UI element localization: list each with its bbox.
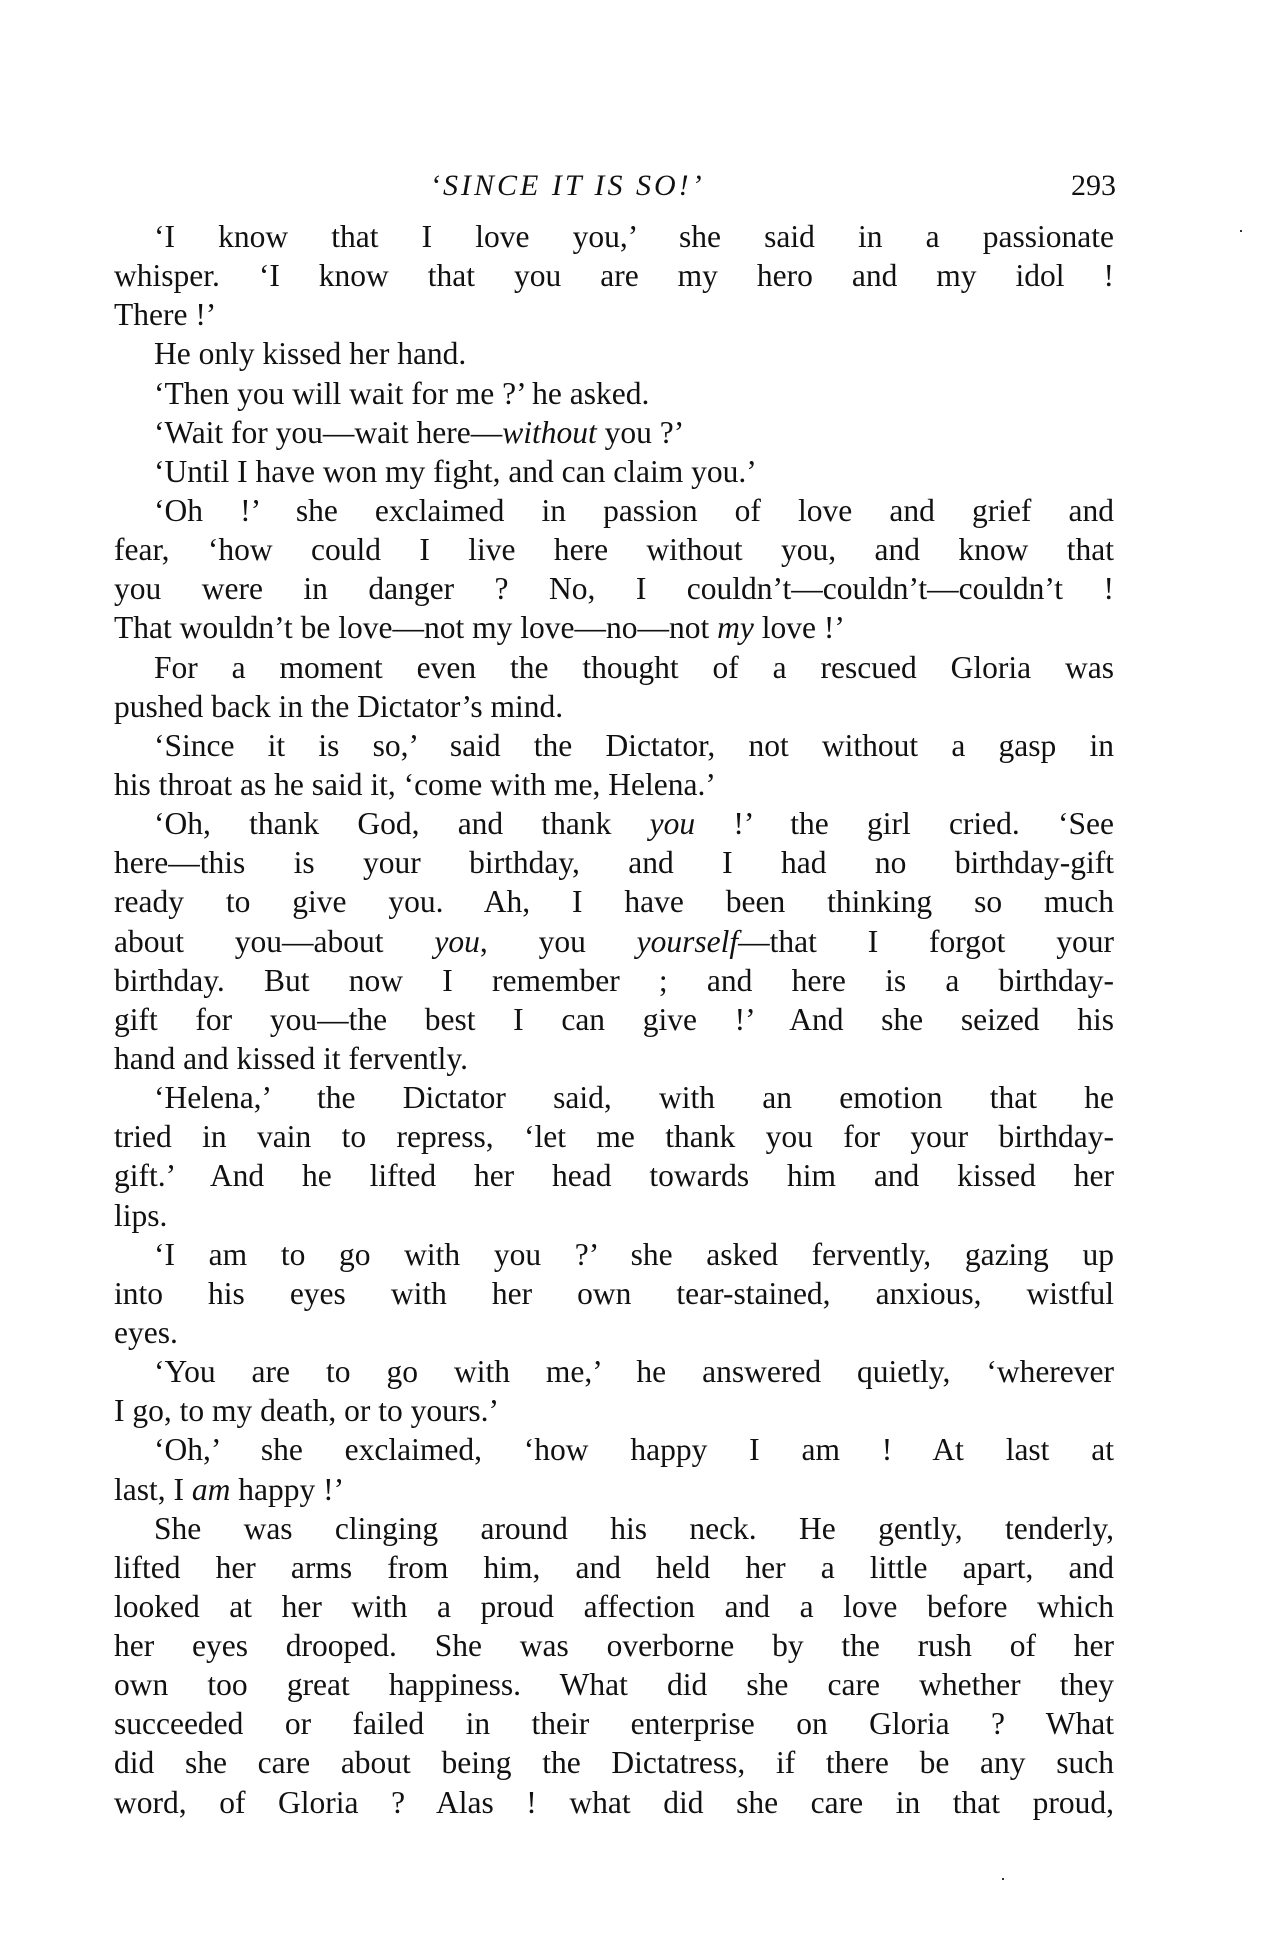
text-run: you were in danger ? No, I couldn’t—coul… (114, 571, 1114, 606)
text-line-content: gift for you—the best I can give !’ And … (114, 1000, 1114, 1039)
text-line: about you—about you, you yourself—that I… (114, 922, 1114, 961)
text-line-content: fear, ‘how could I live here without you… (114, 530, 1114, 569)
text-line-content: ‘You are to go with me,’ he answered qui… (154, 1352, 1114, 1391)
text-line: lips. (114, 1196, 1114, 1235)
text-run: ready to give you. Ah, I have been think… (114, 884, 1114, 919)
text-run: That wouldn’t be love—not my love—no—not (114, 610, 717, 645)
text-line-content: ‘Oh !’ she exclaimed in passion of love … (154, 491, 1114, 530)
text-line-content: did she care about being the Dictatress,… (114, 1743, 1114, 1782)
text-line-content: eyes. (114, 1313, 1114, 1352)
text-line: That wouldn’t be love—not my love—no—not… (114, 608, 1114, 647)
text-run: She was clinging around his neck. He gen… (154, 1511, 1114, 1546)
text-line-content: lifted her arms from him, and held her a… (114, 1548, 1114, 1587)
text-line: into his eyes with her own tear-stained,… (114, 1274, 1114, 1313)
text-line-content: ‘Oh, thank God, and thank you !’ the gir… (154, 804, 1114, 843)
text-line: gift for you—the best I can give !’ And … (114, 1000, 1114, 1039)
text-run: last, I (114, 1472, 192, 1507)
text-line: birthday. But now I remember ; and here … (114, 961, 1114, 1000)
text-line: He only kissed her hand. (114, 334, 1114, 373)
text-run: ‘I am to go with you ?’ she asked ferven… (154, 1237, 1114, 1272)
text-run: looked at her with a proud affection and… (114, 1589, 1114, 1624)
text-line: ‘Oh,’ she exclaimed, ‘how happy I am ! A… (114, 1430, 1114, 1469)
text-line: ‘I know that I love you,’ she said in a … (114, 217, 1114, 256)
body-text: ‘I know that I love you,’ she said in a … (114, 217, 1114, 1822)
text-line: hand and kissed it fervently. (114, 1039, 1114, 1078)
text-line: whisper. ‘I know that you are my hero an… (114, 256, 1114, 295)
text-run: word, of Gloria ? Alas ! what did she ca… (114, 1785, 1114, 1820)
italic-text: am (192, 1472, 231, 1507)
italic-text: yourself (637, 924, 738, 959)
text-line-content: own too great happiness. What did she ca… (114, 1665, 1114, 1704)
text-line-content: ‘I know that I love you,’ she said in a … (154, 217, 1114, 256)
text-line-content: I go, to my death, or to yours.’ (114, 1391, 1114, 1430)
text-line: ready to give you. Ah, I have been think… (114, 882, 1114, 921)
text-line-content: lips. (114, 1196, 1114, 1235)
text-line-content: pushed back in the Dictator’s mind. (114, 687, 1114, 726)
italic-text: you (650, 806, 695, 841)
text-line-content: last, I am happy !’ (114, 1470, 1114, 1509)
text-run: into his eyes with her own tear-stained,… (114, 1276, 1114, 1311)
text-line-content: his throat as he said it, ‘come with me,… (114, 765, 1114, 804)
text-run: happy !’ (230, 1472, 344, 1507)
text-run: ‘Since it is so,’ said the Dictator, not… (154, 728, 1114, 763)
text-run: ‘Oh, thank God, and thank (154, 806, 650, 841)
text-line-content: ‘Wait for you—wait here—without you ?’ (154, 413, 1114, 452)
text-line-content: For a moment even the thought of a rescu… (154, 648, 1114, 687)
text-line-content: ‘Oh,’ she exclaimed, ‘how happy I am ! A… (154, 1430, 1114, 1469)
text-run: love !’ (754, 610, 845, 645)
text-line: you were in danger ? No, I couldn’t—coul… (114, 569, 1114, 608)
text-run: , you (480, 924, 637, 959)
text-run: gift for you—the best I can give !’ And … (114, 1002, 1114, 1037)
text-line: ‘Since it is so,’ said the Dictator, not… (114, 726, 1114, 765)
text-line: looked at her with a proud affection and… (114, 1587, 1114, 1626)
text-line-content: looked at her with a proud affection and… (114, 1587, 1114, 1626)
text-line: fear, ‘how could I live here without you… (114, 530, 1114, 569)
text-line: his throat as he said it, ‘come with me,… (114, 765, 1114, 804)
text-line-content: her eyes drooped. She was overborne by t… (114, 1626, 1114, 1665)
text-line: gift.’ And he lifted her head towards hi… (114, 1156, 1114, 1195)
text-line-content: succeeded or failed in their enterprise … (114, 1704, 1114, 1743)
text-run: about you—about (114, 924, 434, 959)
scan-speck (1002, 1878, 1004, 1880)
italic-text: you (434, 924, 479, 959)
text-run: fear, ‘how could I live here without you… (114, 532, 1114, 567)
text-line: For a moment even the thought of a rescu… (114, 648, 1114, 687)
text-line: I go, to my death, or to yours.’ (114, 1391, 1114, 1430)
text-run: succeeded or failed in their enterprise … (114, 1706, 1114, 1741)
text-run: ‘Then you will wait for me ?’ he asked. (154, 376, 649, 411)
text-run: did she care about being the Dictatress,… (114, 1745, 1114, 1780)
text-run: lips. (114, 1198, 167, 1233)
text-line: ‘You are to go with me,’ he answered qui… (114, 1352, 1114, 1391)
text-line: last, I am happy !’ (114, 1470, 1114, 1509)
text-line-content: ‘I am to go with you ?’ she asked ferven… (154, 1235, 1114, 1274)
text-line-content: hand and kissed it fervently. (114, 1039, 1114, 1078)
text-run: pushed back in the Dictator’s mind. (114, 689, 563, 724)
text-run: There !’ (114, 297, 216, 332)
text-line: ‘Helena,’ the Dictator said, with an emo… (114, 1078, 1114, 1117)
text-line: ‘I am to go with you ?’ she asked ferven… (114, 1235, 1114, 1274)
text-line-content: ‘Then you will wait for me ?’ he asked. (154, 374, 1114, 413)
text-run: ‘Helena,’ the Dictator said, with an emo… (154, 1080, 1114, 1115)
text-line-content: ‘Helena,’ the Dictator said, with an emo… (154, 1078, 1114, 1117)
text-run: whisper. ‘I know that you are my hero an… (114, 258, 1114, 293)
italic-text: my (717, 610, 754, 645)
text-line-content: word, of Gloria ? Alas ! what did she ca… (114, 1783, 1114, 1822)
text-run: ‘Oh !’ she exclaimed in passion of love … (154, 493, 1114, 528)
text-line-content: about you—about you, you yourself—that I… (114, 922, 1114, 961)
text-line: ‘Until I have won my fight, and can clai… (114, 452, 1114, 491)
text-run: eyes. (114, 1315, 178, 1350)
text-line: here—this is your birthday, and I had no… (114, 843, 1114, 882)
text-line: her eyes drooped. She was overborne by t… (114, 1626, 1114, 1665)
text-line: succeeded or failed in their enterprise … (114, 1704, 1114, 1743)
text-run: He only kissed her hand. (154, 336, 466, 371)
text-run: birthday. But now I remember ; and here … (114, 963, 1114, 998)
text-line-content: ready to give you. Ah, I have been think… (114, 882, 1114, 921)
text-line-content: birthday. But now I remember ; and here … (114, 961, 1114, 1000)
text-line: She was clinging around his neck. He gen… (114, 1509, 1114, 1548)
text-line: lifted her arms from him, and held her a… (114, 1548, 1114, 1587)
text-run: you ?’ (597, 415, 684, 450)
text-run: ‘Oh,’ she exclaimed, ‘how happy I am ! A… (154, 1432, 1114, 1467)
text-run: hand and kissed it fervently. (114, 1041, 468, 1076)
text-line: did she care about being the Dictatress,… (114, 1743, 1114, 1782)
text-line-content: into his eyes with her own tear-stained,… (114, 1274, 1114, 1313)
text-line-content: ‘Since it is so,’ said the Dictator, not… (154, 726, 1114, 765)
text-line: ‘Oh !’ she exclaimed in passion of love … (114, 491, 1114, 530)
text-run: !’ the girl cried. ‘See (695, 806, 1114, 841)
text-run: ‘You are to go with me,’ he answered qui… (154, 1354, 1114, 1389)
text-line-content: you were in danger ? No, I couldn’t—coul… (114, 569, 1114, 608)
text-line-content: That wouldn’t be love—not my love—no—not… (114, 608, 1114, 647)
text-line: tried in vain to repress, ‘let me thank … (114, 1117, 1114, 1156)
text-run: her eyes drooped. She was overborne by t… (114, 1628, 1114, 1663)
text-run: ‘I know that I love you,’ she said in a … (154, 219, 1114, 254)
text-line-content: tried in vain to repress, ‘let me thank … (114, 1117, 1114, 1156)
text-run: lifted her arms from him, and held her a… (114, 1550, 1114, 1585)
text-run: For a moment even the thought of a rescu… (154, 650, 1114, 685)
text-line: own too great happiness. What did she ca… (114, 1665, 1114, 1704)
text-run: —that I forgot your (738, 924, 1114, 959)
text-line: ‘Oh, thank God, and thank you !’ the gir… (114, 804, 1114, 843)
text-run: gift.’ And he lifted her head towards hi… (114, 1158, 1114, 1193)
text-line: eyes. (114, 1313, 1114, 1352)
text-run: I go, to my death, or to yours.’ (114, 1393, 499, 1428)
running-title: ‘SINCE IT IS SO!’ (430, 164, 705, 208)
italic-text: without (502, 415, 597, 450)
text-run: ‘Wait for you—wait here— (154, 415, 502, 450)
text-line: There !’ (114, 295, 1114, 334)
text-line-content: There !’ (114, 295, 1114, 334)
text-line-content: He only kissed her hand. (154, 334, 1114, 373)
text-run: ‘Until I have won my fight, and can clai… (154, 454, 757, 489)
text-line: ‘Then you will wait for me ?’ he asked. (114, 374, 1114, 413)
text-run: tried in vain to repress, ‘let me thank … (114, 1119, 1114, 1154)
text-line: ‘Wait for you—wait here—without you ?’ (114, 413, 1114, 452)
book-page: ‘SINCE IT IS SO!’ 293 ‘I know that I lov… (0, 0, 1261, 1943)
page-number: 293 (1071, 164, 1116, 208)
scan-speck (1240, 230, 1242, 232)
text-line-content: whisper. ‘I know that you are my hero an… (114, 256, 1114, 295)
text-line-content: She was clinging around his neck. He gen… (154, 1509, 1114, 1548)
text-run: own too great happiness. What did she ca… (114, 1667, 1114, 1702)
text-line-content: ‘Until I have won my fight, and can clai… (154, 452, 1114, 491)
text-run: here—this is your birthday, and I had no… (114, 845, 1114, 880)
text-line-content: here—this is your birthday, and I had no… (114, 843, 1114, 882)
running-head: ‘SINCE IT IS SO!’ 293 (114, 164, 1116, 208)
text-line: word, of Gloria ? Alas ! what did she ca… (114, 1783, 1114, 1822)
text-line-content: gift.’ And he lifted her head towards hi… (114, 1156, 1114, 1195)
text-run: his throat as he said it, ‘come with me,… (114, 767, 716, 802)
text-line: pushed back in the Dictator’s mind. (114, 687, 1114, 726)
